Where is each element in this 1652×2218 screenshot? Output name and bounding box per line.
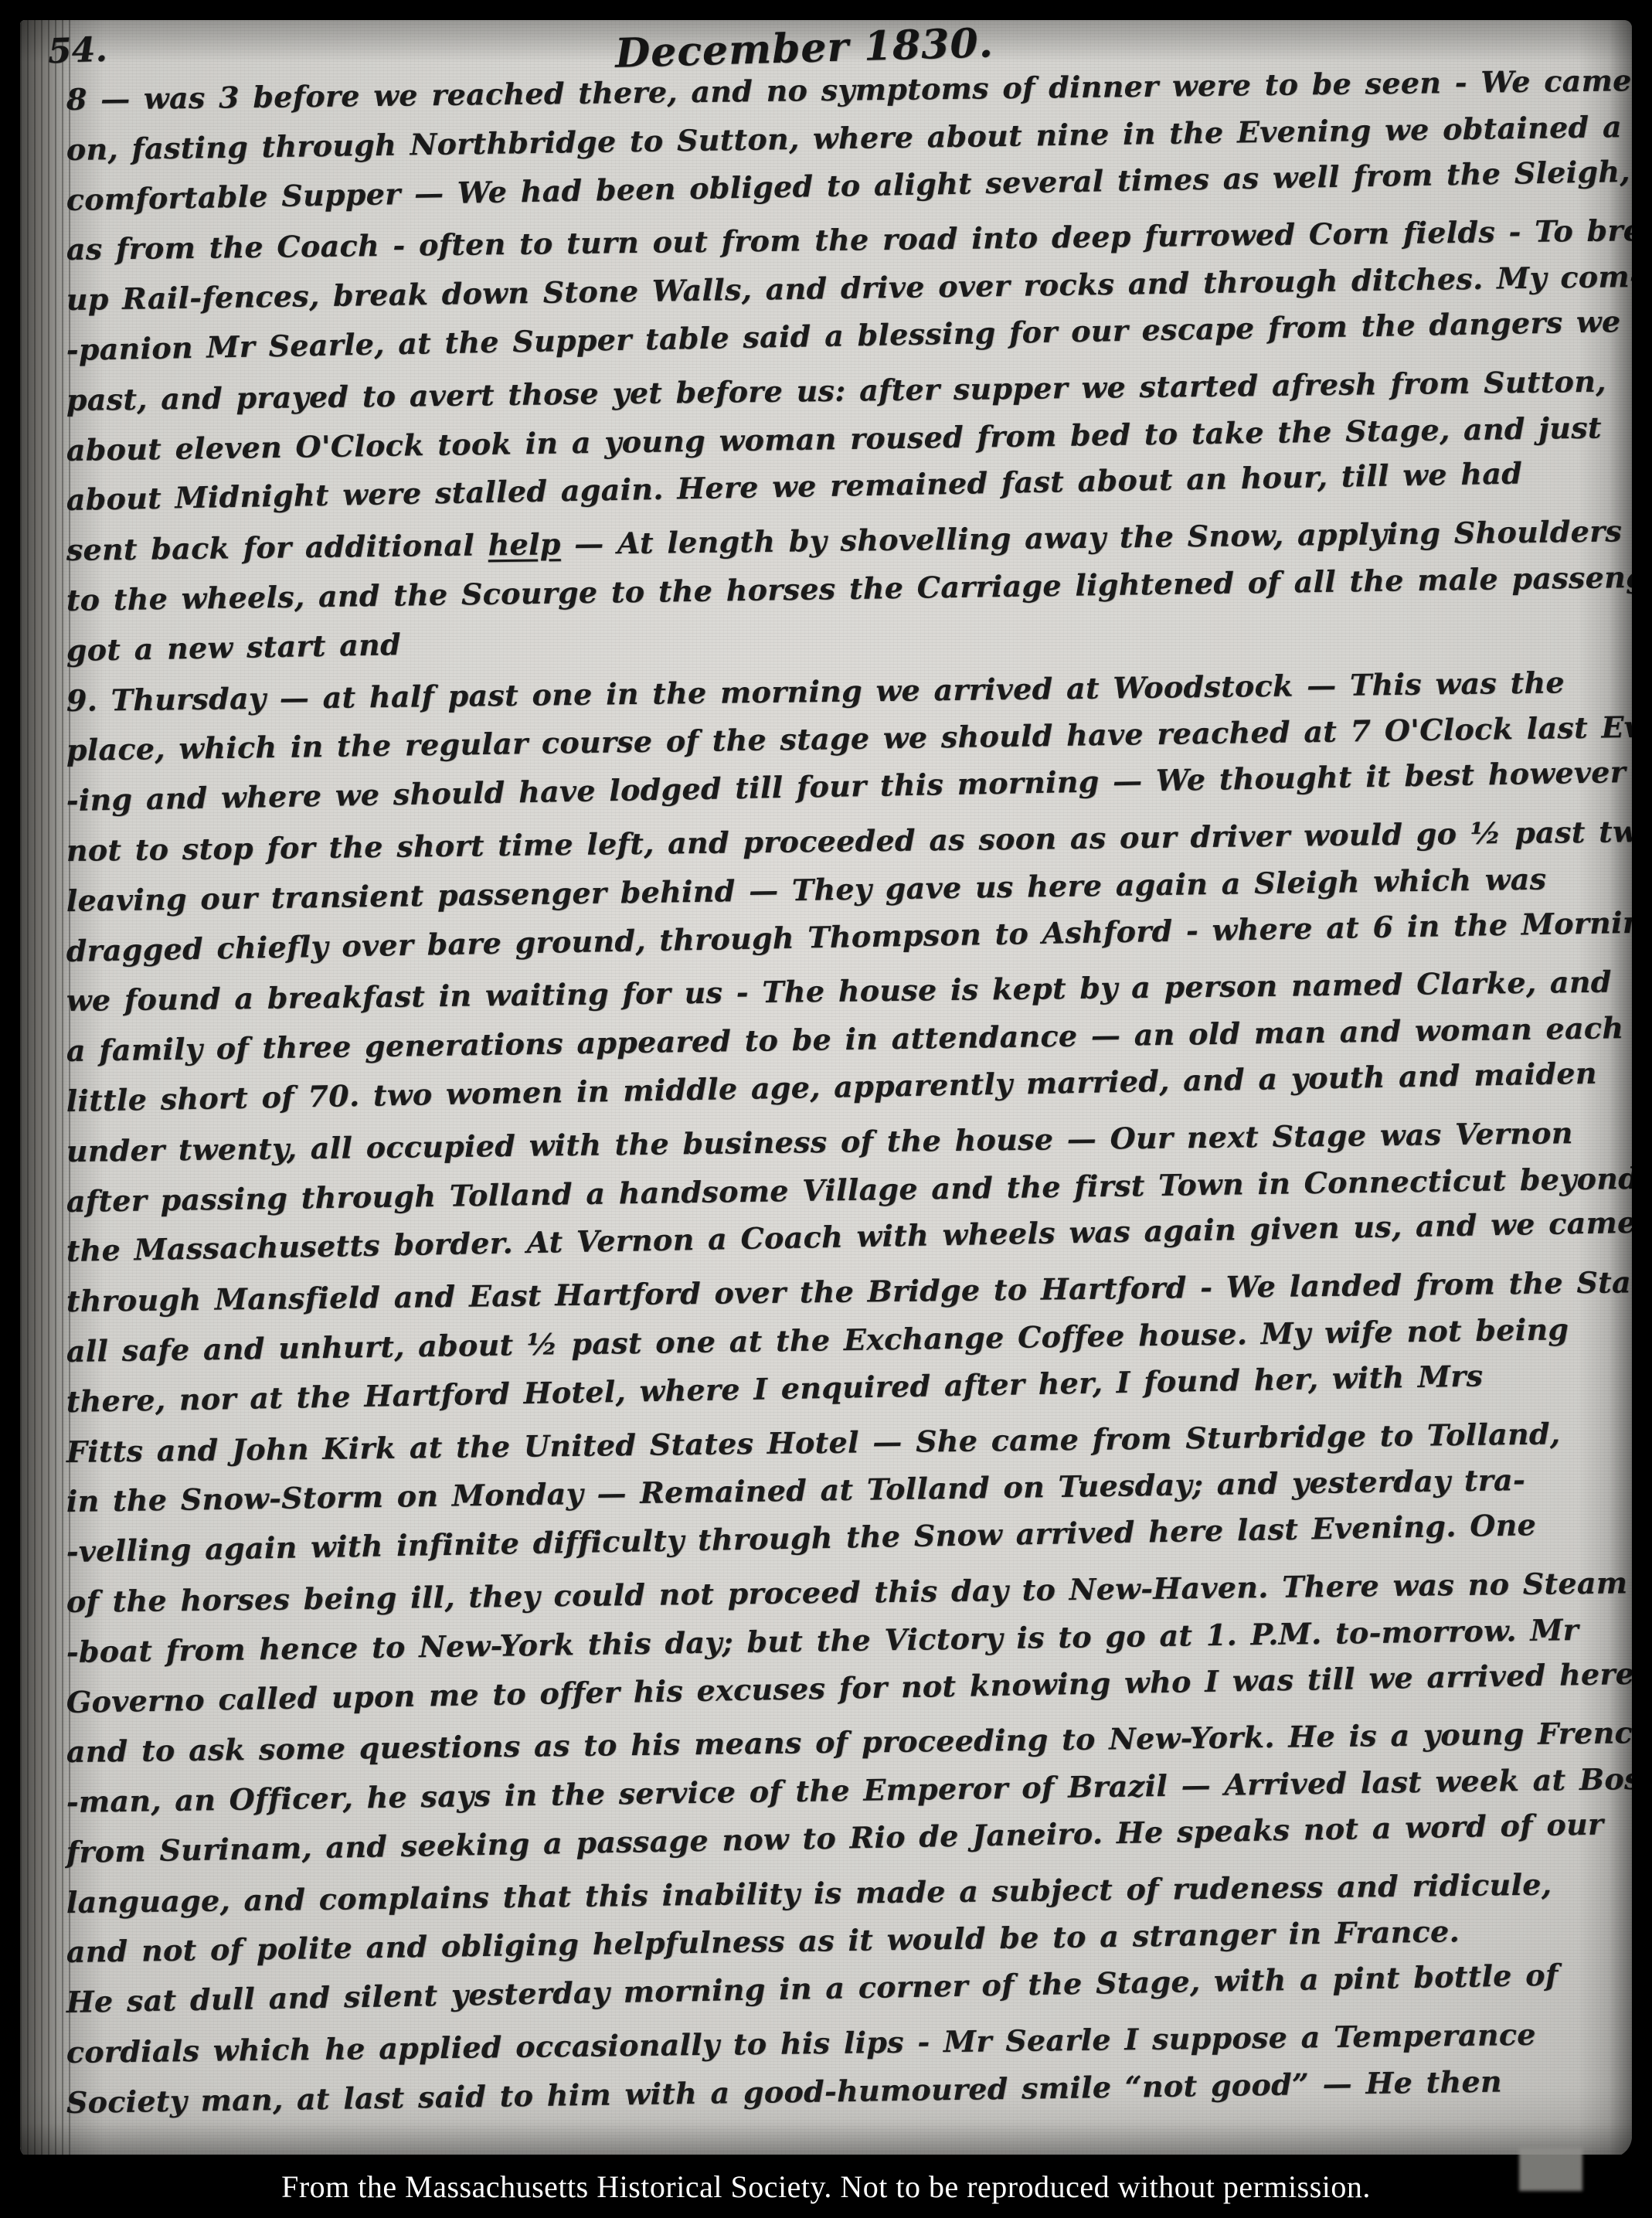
footer-notice: From the Massachusetts Historical Societ… bbox=[281, 2169, 1371, 2205]
manuscript-scan: 54. December 1830. 8 — was 3 before we r… bbox=[0, 0, 1652, 2218]
page-number: 54. bbox=[47, 30, 107, 72]
manuscript-body: 8 — was 3 before we reached there, and n… bbox=[66, 82, 1606, 2135]
page-edge-tab bbox=[1519, 2148, 1582, 2191]
page-header-date: December 1830. bbox=[614, 20, 994, 77]
binding-edge bbox=[20, 20, 71, 2158]
footer-band: From the Massachusetts Historical Societ… bbox=[0, 2155, 1652, 2218]
manuscript-page: 54. December 1830. 8 — was 3 before we r… bbox=[20, 20, 1632, 2158]
